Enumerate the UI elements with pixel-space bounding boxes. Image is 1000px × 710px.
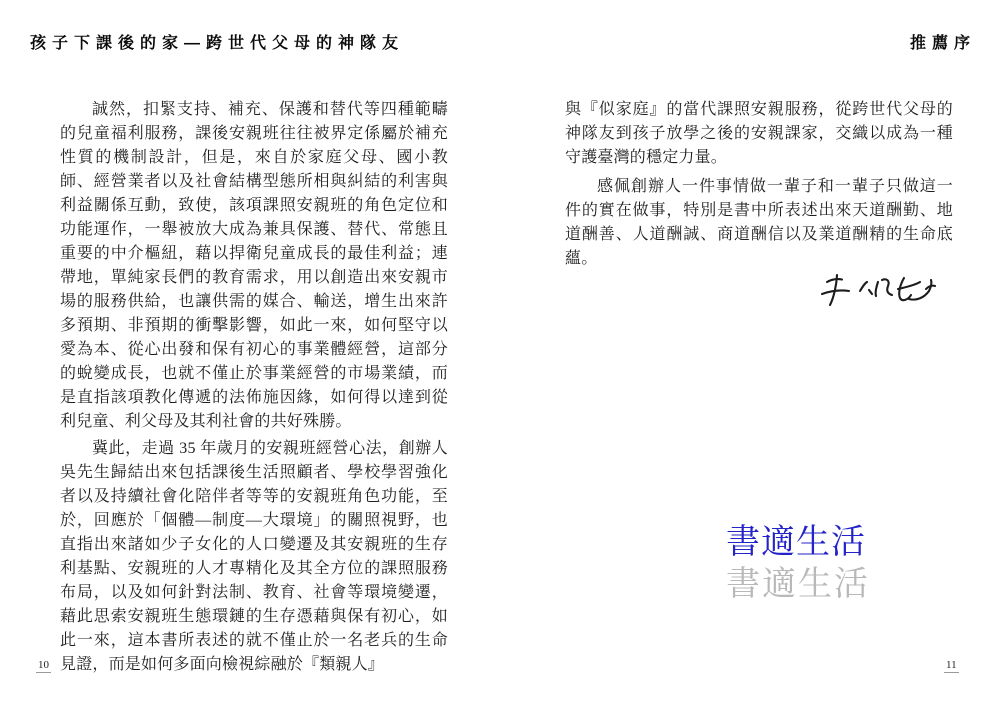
running-title: 孩子下課後的家—跨世代父母的神隊友 (30, 30, 404, 53)
running-head: 孩子下課後的家—跨世代父母的神隊友 推薦序 (30, 30, 976, 53)
paragraph: 誠然，扣緊支持、補充、保護和替代等四種範疇的兒童福利服務，課後安親班往往被界定係… (60, 98, 448, 434)
brand-wordmark-primary: 書適生活 (726, 526, 866, 560)
paragraph: 冀此，走過 35 年歲月的安親班經營心法，創辦人吳先生歸結出來包括課後生活照顧者… (60, 437, 448, 677)
signature-strokes (812, 264, 942, 318)
brand-wordmark-echo: 書適生活 (726, 568, 870, 602)
page-number-left: 10 (36, 659, 51, 673)
book-spread: 孩子下課後的家—跨世代父母的神隊友 推薦序 誠然，扣緊支持、補充、保護和替代等四… (0, 0, 1000, 710)
left-page-text-column: 誠然，扣緊支持、補充、保護和替代等四種範疇的兒童福利服務，課後安親班往往被界定係… (60, 98, 448, 677)
page-number-right: 11 (944, 659, 959, 673)
paragraph: 感佩創辦人一件事情做一輩子和一輩子只做這一件的實在做事，特別是書中所表述出來天道… (565, 175, 953, 271)
signature-handwriting (812, 264, 942, 318)
paragraph: 與『似家庭』的當代課照安親服務，從跨世代父母的神隊友到孩子放學之後的安親課家，交… (565, 98, 953, 170)
section-label: 推薦序 (910, 30, 976, 53)
right-page-text-column: 與『似家庭』的當代課照安親服務，從跨世代父母的神隊友到孩子放學之後的安親課家，交… (565, 98, 953, 271)
